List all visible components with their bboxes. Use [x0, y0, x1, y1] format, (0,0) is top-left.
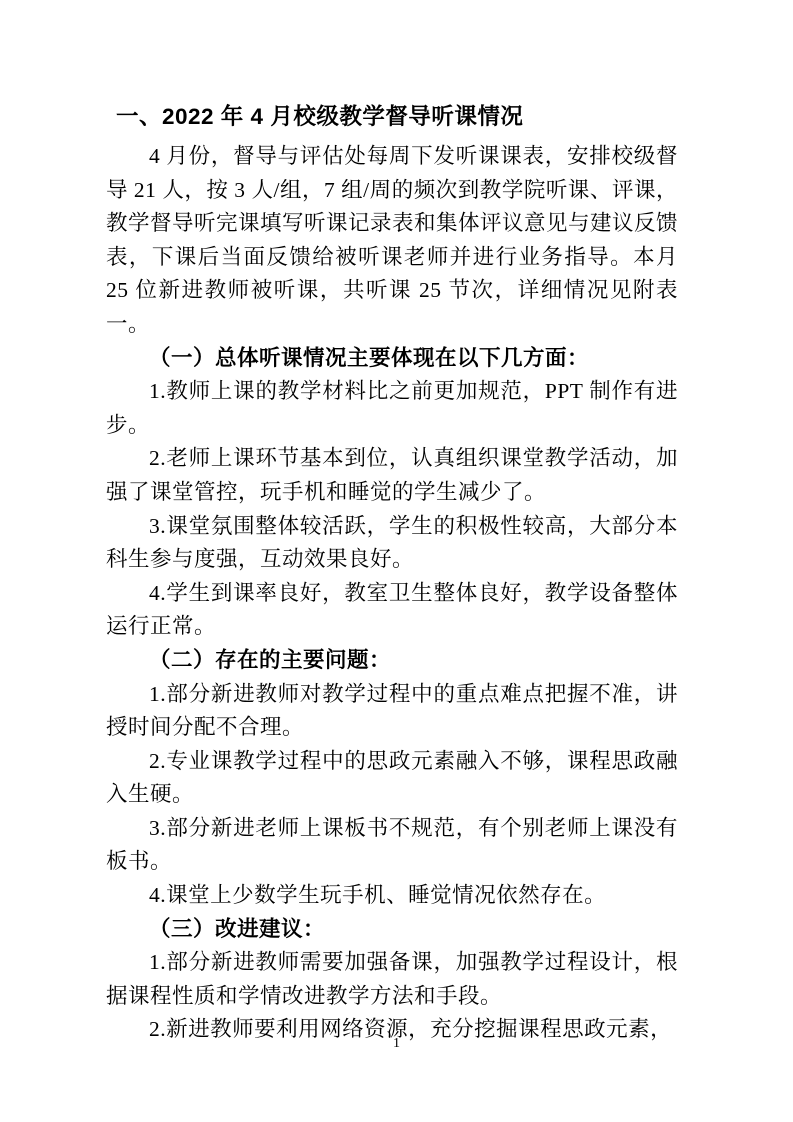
section-1-item-1: 1.教师上课的教学材料比之前更加规范，PPT 制作有进步。 [106, 375, 678, 442]
document-title: 一、2022 年 4 月校级教学督导听课情况 [106, 100, 678, 134]
section-2-item-1: 1.部分新进教师对教学过程中的重点难点把握不准，讲授时间分配不合理。 [106, 678, 678, 745]
section-2-item-3: 3.部分新进老师上课板书不规范，有个别老师上课没有板书。 [106, 812, 678, 879]
section-2-item-2: 2.专业课教学过程中的思政元素融入不够，课程思政融入生硬。 [106, 745, 678, 812]
section-3-heading: （三）改进建议： [106, 913, 678, 947]
section-2-item-4: 4.课堂上少数学生玩手机、睡觉情况依然存在。 [106, 879, 678, 913]
section-1-heading: （一）总体听课情况主要体现在以下几方面： [106, 342, 678, 376]
section-1-item-4: 4.学生到课率良好，教室卫生整体良好，教学设备整体运行正常。 [106, 577, 678, 644]
section-1-item-3: 3.课堂氛围整体较活跃，学生的积极性较高，大部分本科生参与度强，互动效果良好。 [106, 510, 678, 577]
section-1-item-2: 2.老师上课环节基本到位，认真组织课堂教学活动，加强了课堂管控，玩手机和睡觉的学… [106, 442, 678, 509]
section-3-item-1: 1.部分新进教师需要加强备课，加强教学过程设计，根据课程性质和学情改进教学方法和… [106, 946, 678, 1013]
document-content: 一、2022 年 4 月校级教学督导听课情况 4 月份，督导与评估处每周下发听课… [106, 100, 678, 1047]
document-page: 一、2022 年 4 月校级教学督导听课情况 4 月份，督导与评估处每周下发听课… [0, 0, 793, 1122]
intro-paragraph: 4 月份，督导与评估处每周下发听课课表，安排校级督导 21 人，按 3 人/组，… [106, 140, 678, 342]
section-2-heading: （二）存在的主要问题： [106, 644, 678, 678]
page-number: 1 [0, 1034, 793, 1054]
